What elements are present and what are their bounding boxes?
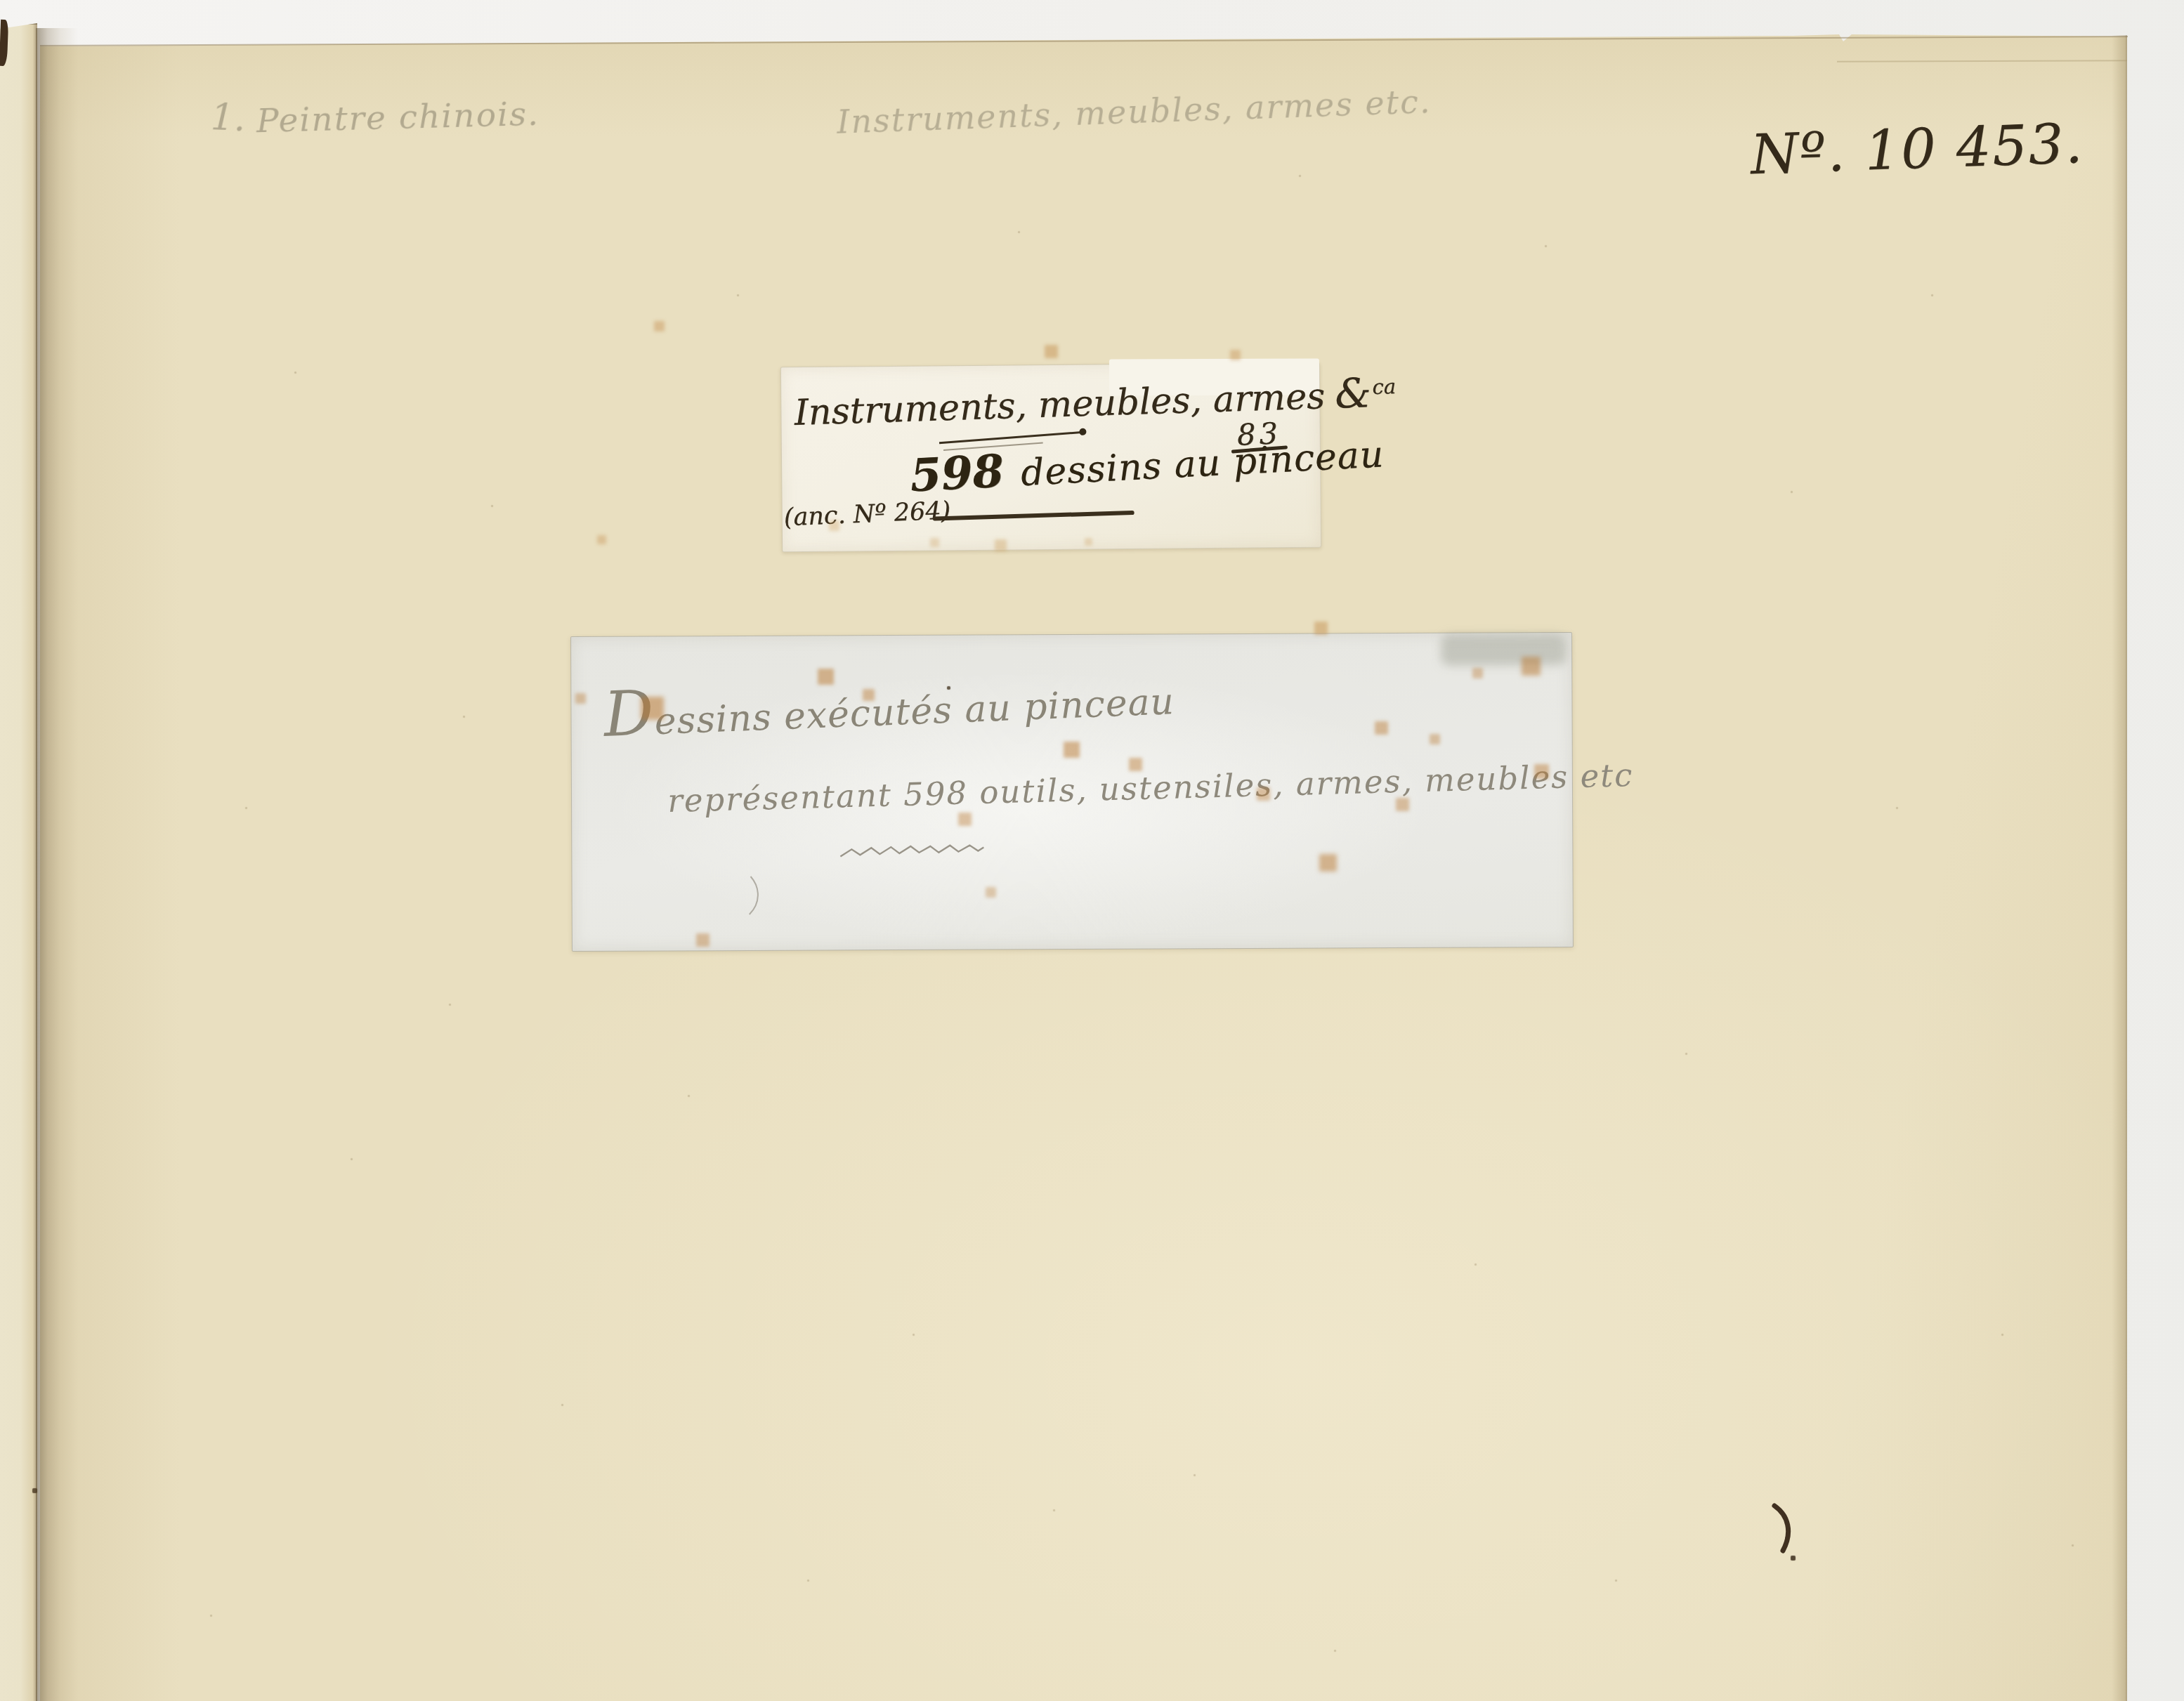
dark-specks bbox=[0, 0, 1, 1]
previous-page-edge bbox=[0, 23, 37, 1701]
pasted-label-small: Instruments, meubles, armes&ca 83 598 de… bbox=[780, 362, 1321, 553]
drawing-count-line: 598 dessins au pinceau bbox=[909, 425, 1385, 502]
ink-stroke-mark bbox=[1767, 1500, 1797, 1559]
foxing-spots bbox=[0, 0, 1, 1]
etcetera-abbreviation: & bbox=[1334, 369, 1372, 418]
etcetera-superscript: ca bbox=[1372, 374, 1397, 399]
old-inventory-number: (anc. Nº 264) bbox=[783, 497, 951, 532]
label-small-title-line: Instruments, meubles, armes&ca bbox=[793, 368, 1397, 435]
pencil-squiggle-underline bbox=[837, 841, 986, 861]
inventory-number: Nº. 10 453. bbox=[1750, 112, 2085, 187]
pencil-curl-mark bbox=[745, 874, 769, 917]
old-number-underline bbox=[933, 511, 1134, 521]
scan-background: 1. Peintre chinois. Instruments, meubles… bbox=[0, 0, 2184, 1701]
pencil-number-annotation: 1. bbox=[210, 96, 247, 140]
drawing-count: 598 bbox=[909, 445, 1005, 503]
label-large-detail-line: représentant 598 outils, ustensiles, arm… bbox=[667, 756, 1635, 820]
paper-specks bbox=[0, 0, 1, 1]
page-right-edge-shade bbox=[2112, 35, 2127, 1701]
pasted-label-large: Dessins exécutés au pinceau représentant… bbox=[570, 632, 1574, 952]
gray-smudge bbox=[1441, 634, 1566, 666]
label-large-title-line: Dessins exécutés au pinceau bbox=[603, 674, 1175, 745]
pencil-annotation-left: Peintre chinois. bbox=[256, 95, 540, 141]
